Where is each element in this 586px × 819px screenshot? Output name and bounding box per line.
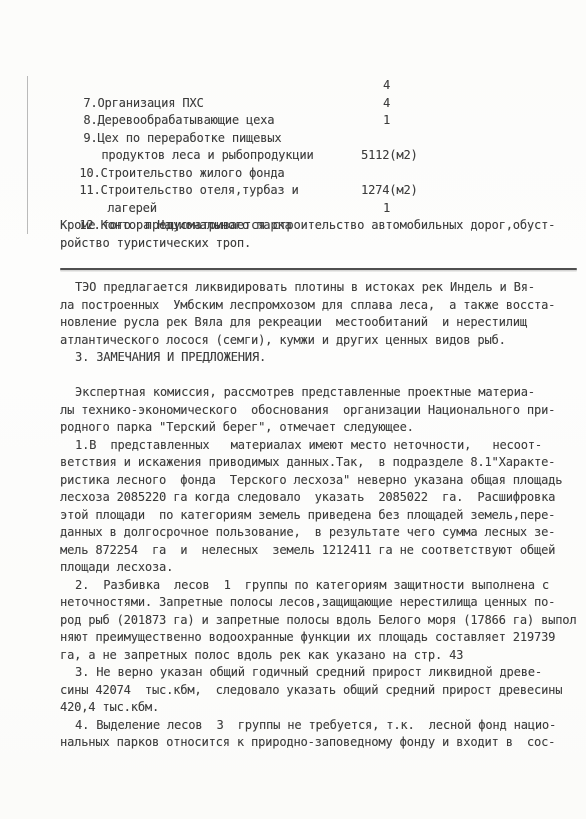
text-line: ройство туристических троп.: [0, 235, 586, 253]
list-item-value: 5112(м2): [361, 147, 418, 165]
list-item-value: 1: [383, 200, 390, 218]
text-line: лы технико-экономического обоснования ор…: [0, 402, 586, 420]
text-line: родного парка "Терский берег", отмечает …: [0, 419, 586, 437]
text-line: этой площади по категориям земель привед…: [0, 507, 586, 525]
list-item: 9.Цех по переработке пищевых 1: [0, 112, 586, 130]
text-line: 3. Не верно указан общий годичный средни…: [0, 664, 586, 682]
list-item: 7.Организация ПХС 4: [0, 77, 586, 95]
text-line: 4. Выделение лесов 3 группы не требуется…: [0, 717, 586, 735]
text-line: площади лесхоза.: [0, 559, 586, 577]
list-item: 8.Деревообрабатывающие цеха 4: [0, 95, 586, 113]
text-line: Кроме того предусматривается строительст…: [0, 217, 586, 235]
text-line: данных в долгосрочное пользование, в рез…: [0, 524, 586, 542]
text-line: род рыб (201873 га) и запретные полосы в…: [0, 612, 586, 630]
text-line: 2. Разбивка лесов 1 группы по категориям…: [0, 577, 586, 595]
text-line: нальных парков относится к природно-запо…: [0, 734, 586, 752]
text-line: ла построенных Умбским леспромхозом для …: [0, 297, 586, 315]
list-item-value: 4: [383, 77, 390, 95]
text-line: ТЭО предлагается ликвидировать плотины в…: [0, 279, 586, 297]
text-line: ветствия и искажения приводимых данных.Т…: [0, 454, 586, 472]
blank-line: [0, 367, 586, 385]
list-item: 10.Строительство жилого фонда 5112(м2): [0, 147, 586, 165]
text-line: ристика лесного фонда Терского лесхоза" …: [0, 472, 586, 490]
text-line: 1.В представленных материалах имеют мест…: [0, 437, 586, 455]
text-line: лесхоза 2085220 га когда следовало указа…: [0, 489, 586, 507]
list-item-continuation: лагерей 1274(м2): [0, 182, 586, 200]
list-item: 11.Строительство отеля,турбаз и: [0, 165, 586, 183]
list-item-value: 4: [383, 95, 390, 113]
text-line: Экспертная комиссия, рассмотрев представ…: [0, 384, 586, 402]
text-line: атлантического лосося (семги), кумжи и д…: [0, 332, 586, 350]
section-heading: 3. ЗАМЕЧАНИЯ И ПРЕДЛОЖЕНИЯ.: [0, 349, 586, 367]
text-line: га, а не запретных полос вдоль рек как у…: [0, 647, 586, 665]
text-line: новление русла рек Вяла для рекреации ме…: [0, 314, 586, 332]
text-line: няют преимущественно водоохранные функци…: [0, 629, 586, 647]
separator-line: [60, 268, 577, 270]
list-item-continuation: продуктов леса и рыбопродукции: [0, 130, 586, 148]
text-line: 420,4 тыс.кбм.: [0, 699, 586, 717]
text-line: мель 872254 га и нелесных земель 1212411…: [0, 542, 586, 560]
text-line: неточностями. Запретные полосы лесов,защ…: [0, 594, 586, 612]
text-line: сины 42074 тыс.кбм, следовало указать об…: [0, 682, 586, 700]
scanned-document-page: 7.Организация ПХС 4 8.Деревообрабатывающ…: [0, 0, 586, 819]
list-item-value: 1: [383, 112, 390, 130]
list-item-value: 1274(м2): [361, 182, 418, 200]
list-item: 12.Контора Национального парка 1: [0, 200, 586, 218]
